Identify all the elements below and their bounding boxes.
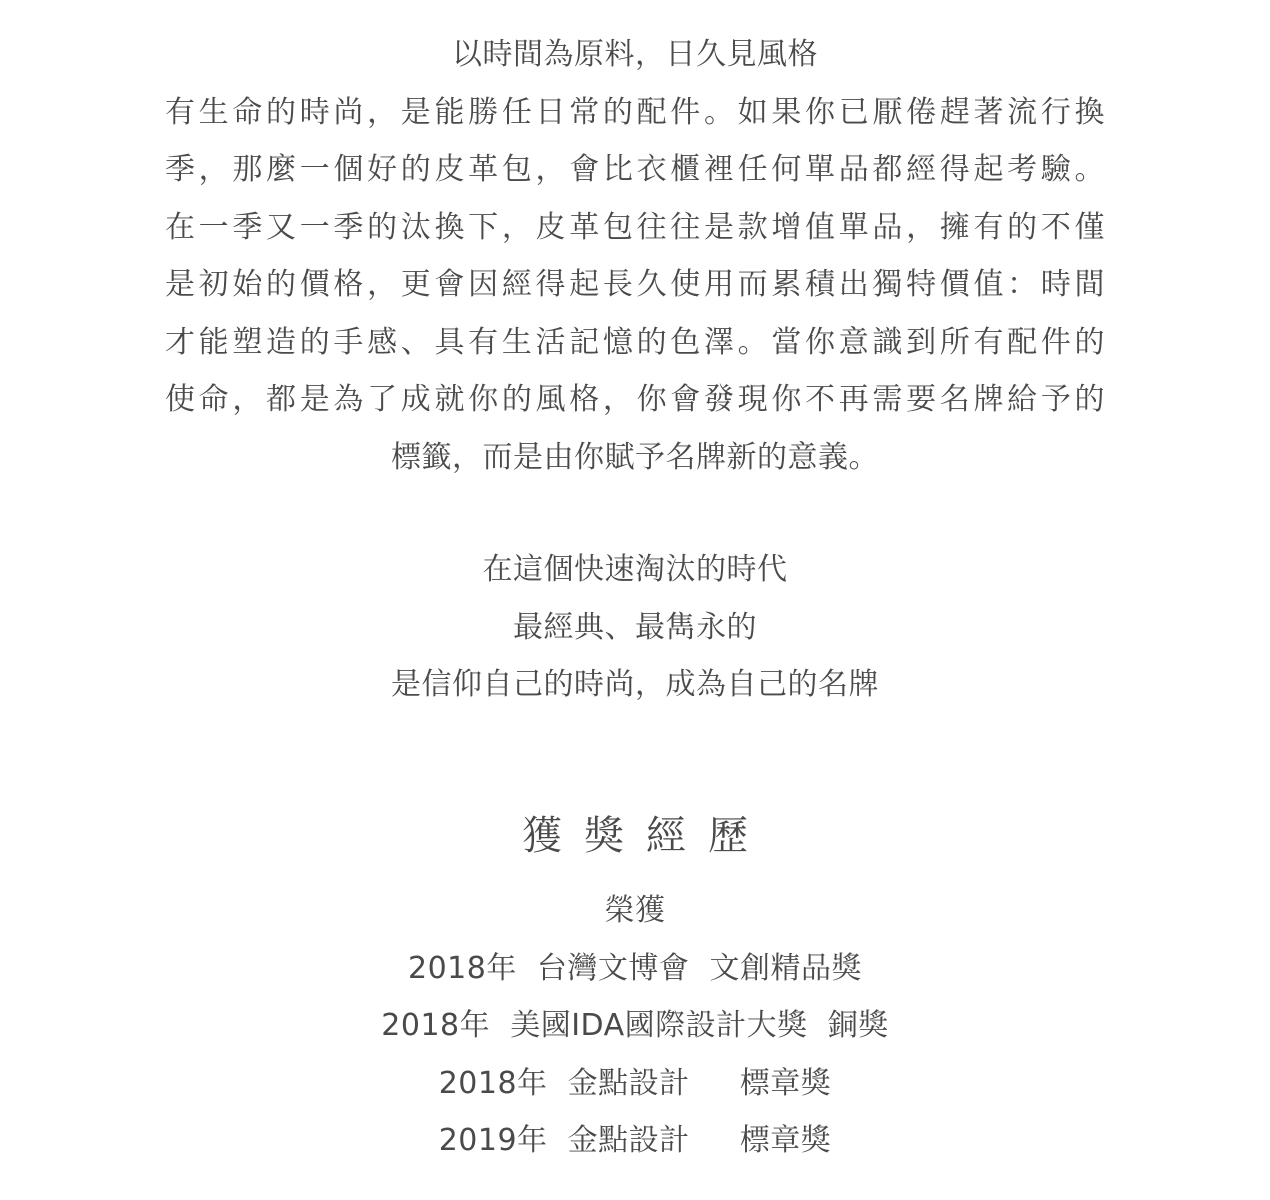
intro-paragraph: 有生命的時尚，是能勝任日常的配件。如果你已厭倦趕著流行換 季，那麼一個好的皮革包… xyxy=(165,84,1105,487)
slogan-line: 在這個快速淘汰的時代 xyxy=(0,541,1270,599)
paragraph-line: 才能塑造的手感、具有生活記憶的色澤。當你意識到所有配件的 xyxy=(165,314,1105,372)
page: 以時間為原料，日久見風格 有生命的時尚，是能勝任日常的配件。如果你已厭倦趕著流行… xyxy=(0,0,1270,1200)
slogan-line: 最經典、最雋永的 xyxy=(0,599,1270,657)
awards-subtitle: 榮獲 xyxy=(0,882,1270,940)
slogan-section: 在這個快速淘汰的時代 最經典、最雋永的 是信仰自己的時尚，成為自己的名牌 xyxy=(0,541,1270,714)
award-item: 2018年 美國IDA國際設計大獎 銅獎 xyxy=(0,997,1270,1055)
paragraph-line: 在一季又一季的汰換下，皮革包往往是款增值單品，擁有的不僅 xyxy=(165,199,1105,257)
award-item: 2018年 金點設計 標章獎 xyxy=(0,1055,1270,1113)
awards-title: 獲獎經歷 xyxy=(0,806,1270,866)
paragraph-line: 使命，都是為了成就你的風格，你會發現你不再需要名牌給予的 xyxy=(165,371,1105,429)
intro-section: 以時間為原料，日久見風格 有生命的時尚，是能勝任日常的配件。如果你已厭倦趕著流行… xyxy=(0,26,1270,486)
paragraph-line: 標籤，而是由你賦予名牌新的意義。 xyxy=(165,429,1105,487)
paragraph-line: 有生命的時尚，是能勝任日常的配件。如果你已厭倦趕著流行換 xyxy=(165,84,1105,142)
award-item: 2019年 金點設計 標章獎 xyxy=(0,1112,1270,1170)
paragraph-line: 季，那麼一個好的皮革包，會比衣櫃裡任何單品都經得起考驗。 xyxy=(165,141,1105,199)
slogan-line: 是信仰自己的時尚，成為自己的名牌 xyxy=(0,656,1270,714)
award-item: 2018年 台灣文博會 文創精品獎 xyxy=(0,940,1270,998)
intro-heading: 以時間為原料，日久見風格 xyxy=(0,26,1270,84)
awards-list: 榮獲 2018年 台灣文博會 文創精品獎 2018年 美國IDA國際設計大獎 銅… xyxy=(0,882,1270,1170)
paragraph-line: 是初始的價格，更會因經得起長久使用而累積出獨特價值：時間 xyxy=(165,256,1105,314)
